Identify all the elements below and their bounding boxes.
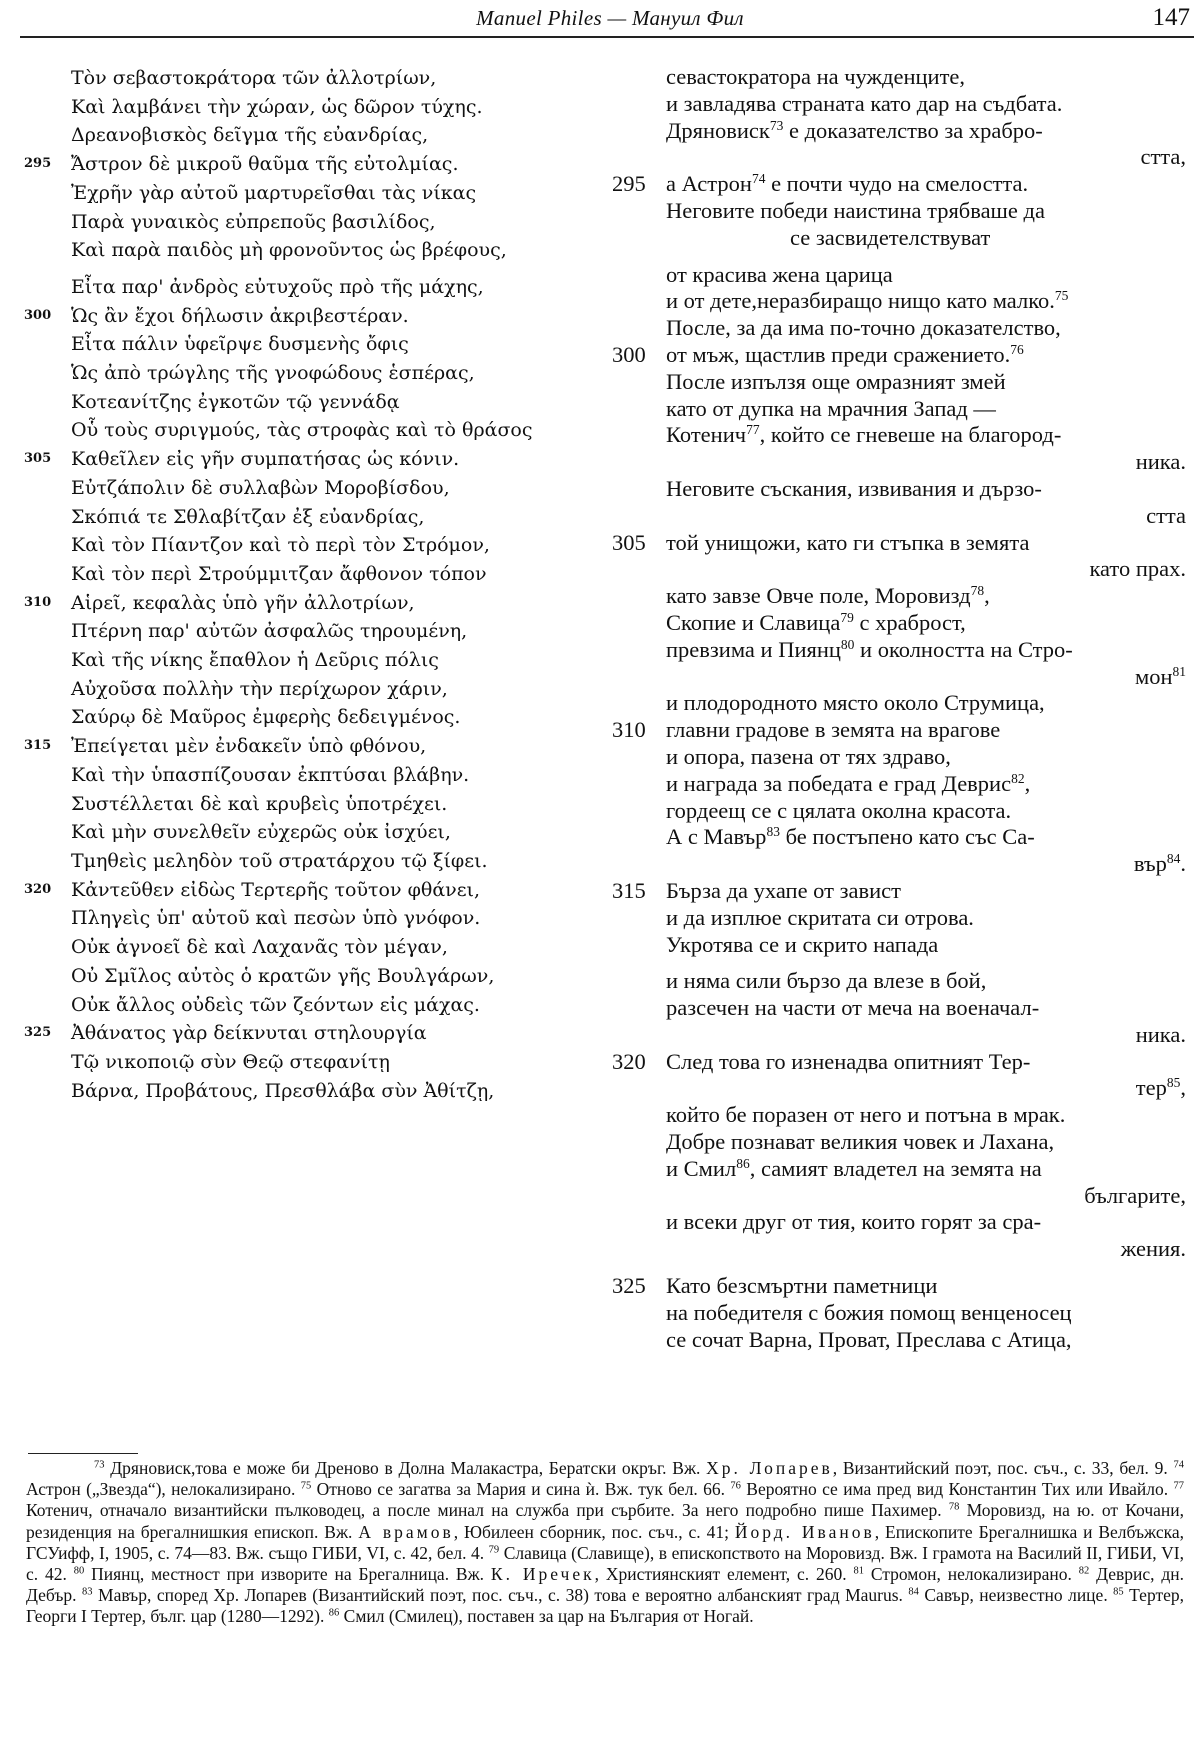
translation-verse-line: като от дупка на мрачния Запад — xyxy=(590,396,1186,423)
greek-verse-line: Καὶ παρὰ παιδὸς μὴ φρονοῦντος ὡς βρέφους… xyxy=(24,236,584,265)
verse-text: ника. xyxy=(1136,449,1186,474)
verse-continuation: жения. xyxy=(590,1236,1186,1263)
translation-verse-line: и няма сили бързо да влезе в бой, xyxy=(590,968,1186,995)
translation-verse-line: Скопие и Славица79 с храброст, xyxy=(590,610,1186,637)
verse-continuation: стта, xyxy=(590,144,1186,171)
footnote-number: 77 xyxy=(1174,1481,1185,1492)
translation-verse-line: и опора, пазена от тях здраво, xyxy=(590,744,1186,771)
greek-verse-line: 310Αἱρεῖ, κεφαλὰς ὑπὸ γῆν ἀλλοτρίων, xyxy=(24,589,584,618)
verse-text: Ὡς ἀπὸ τρώγλης τῆς γνοφώδους ἑσπέρας, xyxy=(71,362,475,384)
footnote-ref: 75 xyxy=(1055,288,1069,303)
footnote-ref: 74 xyxy=(752,171,766,186)
greek-verse-line: Βάρνα, Προβάτους, Πρεσθλάβα σὺν Ἀθίτζῃ, xyxy=(24,1077,584,1106)
translation-verse-line: Дряновиск73 е доказателство за храбро- xyxy=(590,118,1186,145)
greek-verse-line: 315Ἐπείγεται μὲν ἐνδακεῖν ὑπὸ φθόνου, xyxy=(24,732,584,761)
verse-continuation: като прах. xyxy=(590,556,1186,583)
greek-verse-line: Εἶτα παρ' ἀνδρὸς εὐτυχοῦς πρὸ τῆς μάχης, xyxy=(24,273,584,302)
translation-verse-line: и завладява страната като дар на съдбата… xyxy=(590,91,1186,118)
footnote-text: Смил (Смилец), поставен за цар на Българ… xyxy=(339,1606,753,1626)
verse-continuation: ника. xyxy=(590,1022,1186,1049)
verse-text: от красива жена царица xyxy=(666,262,893,287)
translation-verse-line: от красива жена царица xyxy=(590,262,1186,289)
translation-verse-line: се сочат Варна, Проват, Преслава с Атица… xyxy=(590,1327,1186,1354)
footnote-ref: 86 xyxy=(736,1156,750,1171)
line-number: 310 xyxy=(24,589,51,618)
footnote-number: 78 xyxy=(949,1502,960,1513)
page-number: 147 xyxy=(1153,4,1191,32)
verse-text: и Смил xyxy=(666,1156,736,1181)
verse-continuation: тер85, xyxy=(590,1075,1186,1102)
verse-text: се сочат Варна, Проват, Преслава с Атица… xyxy=(666,1327,1072,1352)
footnote-text: , Византийский поэт, пос. съч., с. 33, б… xyxy=(833,1458,1174,1478)
verse-text: Τὸν σεβαστοκράτορα τῶν ἀλλοτρίων, xyxy=(71,67,436,89)
greek-verse-line: Καὶ λαμβάνει τὴν χώραν, ὡς δῶρον τύχης. xyxy=(24,93,584,122)
translation-verse-line: А с Мавър83 бе постъпено като със Са- xyxy=(590,824,1186,851)
greek-verse-line: Καὶ τὴν ὑπασπίζουσαν ἐκπτύσαι βλάβην. xyxy=(24,761,584,790)
line-number: 305 xyxy=(24,445,51,474)
author-name: А врамов xyxy=(358,1522,453,1542)
translation-verse-line: и Смил86, самият владетел на земята на xyxy=(590,1156,1186,1183)
verse-text: и всеки друг от тия, които горят за сра- xyxy=(666,1209,1041,1234)
greek-verse-line: Οὐ Σμῖλος αὐτὸς ὁ κρατῶν γῆς Βουλγάρων, xyxy=(24,962,584,991)
verse-text: После, за да има по-точно доказателство, xyxy=(666,315,1061,340)
verse-text: който бе поразен от него и потъна в мрак… xyxy=(666,1102,1065,1127)
footnote-number: 73 xyxy=(94,1460,105,1471)
verse-text: и плодородното място около Струмица, xyxy=(666,690,1045,715)
verse-text: Ἄστρον δὲ μικροῦ θαῦμα τῆς εὐτολμίας. xyxy=(71,153,458,175)
verse-text: и от дете,неразбиращо нищо като малко. xyxy=(666,288,1055,313)
footnote-number: 84 xyxy=(908,1587,919,1598)
verse-text: Скопие и Славица xyxy=(666,610,840,635)
footnote-number: 86 xyxy=(329,1608,340,1619)
verse-text: След това го изненадва опитният Тер- xyxy=(666,1049,1030,1074)
greek-verse-line: Καὶ τῆς νίκης ἔπαθλον ἡ Δεῦρις πόλις xyxy=(24,646,584,675)
verse-text: Ἐπείγεται μὲν ἐνδακεῖν ὑπὸ φθόνου, xyxy=(71,735,426,757)
line-number: 310 xyxy=(612,717,646,744)
greek-verse-line: Ὡς ἀπὸ τρώγλης τῆς γνοφώδους ἑσπέρας, xyxy=(24,359,584,388)
verse-text: Κοτεανίτζης ἐγκοτῶν τῷ γεννάδᾳ xyxy=(71,391,400,413)
translation-verse-line: Укротява се и скрито напада xyxy=(590,932,1186,959)
verse-text: Εἶτα παρ' ἀνδρὸς εὐτυχοῦς πρὸ τῆς μάχης, xyxy=(71,276,484,298)
verse-text: Ἀθάνατος γὰρ δείκνυται στηλουργία xyxy=(71,1022,427,1044)
translation-verse-line: който бе поразен от него и потъна в мрак… xyxy=(590,1102,1186,1129)
footnotes: 73 Дряновиск,това е може би Дреново в До… xyxy=(26,1458,1184,1628)
line-number: 315 xyxy=(612,878,646,905)
greek-verse-line: Πτέρνη παρ' αὐτῶν ἀσφαλῶς τηρουμένη, xyxy=(24,617,584,646)
greek-verse-line: 300Ὡς ἂν ἔχοι δήλωσιν ἀκριβεστέραν. xyxy=(24,302,584,331)
verse-text: с храброст, xyxy=(854,610,966,635)
greek-verse-line: 295Ἄστρον δὲ μικροῦ θαῦμα τῆς εὐτολμίας. xyxy=(24,150,584,179)
verse-text: , самият владетел на земята на xyxy=(750,1156,1042,1181)
translation-verse-line: 295а Астрон74 е почти чудо на смелостта. xyxy=(590,171,1186,198)
translation-verse-line: 325Като безсмъртни паметници xyxy=(590,1273,1186,1300)
verse-text: той унищожи, като ги стъпка в земята xyxy=(666,530,1029,555)
footnote-ref: 78 xyxy=(971,583,985,598)
footnote-text: Вероятно се има пред вид Константин Тих … xyxy=(741,1479,1174,1499)
translation-verse-line: 315Бърза да ухапе от завист xyxy=(590,878,1186,905)
verse-text: Βάρνα, Προβάτους, Πρεσθλάβα σὺν Ἀθίτζῃ, xyxy=(71,1080,494,1102)
stanza-gap xyxy=(590,1263,1186,1273)
verse-text: ника. xyxy=(1136,1022,1186,1047)
greek-verse-line: 305Καθεῖλεν εἰς γῆν συμπατήσας ὡς κόνιν. xyxy=(24,445,584,474)
author-name: Хр. Лопарев xyxy=(706,1458,833,1478)
footnote-text: , Християнският елемент, с. 260. xyxy=(595,1564,854,1584)
verse-text: Неговите съскания, извивания и дързо- xyxy=(666,476,1042,501)
footnote-text: Астрон („Звезда“), нелокализирано. xyxy=(26,1479,301,1499)
verse-text: Οὐκ ἀγνοεῖ δὲ καὶ Λαχανᾶς τὸν μέγαν, xyxy=(71,936,448,958)
footnote-number: 79 xyxy=(489,1545,500,1556)
greek-verse-line: Σαύρῳ δὲ Μαῦρος ἐμφερὴς δεδειγμένος. xyxy=(24,703,584,732)
verse-text: е почти чудо на смелостта. xyxy=(765,171,1028,196)
author-name: Йорд. Иванов xyxy=(735,1522,875,1542)
verse-text: Καθεῖλεν εἰς γῆν συμπατήσας ὡς κόνιν. xyxy=(71,448,459,470)
greek-verse-line: Συστέλλεται δὲ καὶ κρυβεὶς ὑποτρέχει. xyxy=(24,790,584,819)
verse-text: от мъж, щастлив преди сражението. xyxy=(666,342,1010,367)
verse-text: гордеещ се с цялата околна красота. xyxy=(666,798,1011,823)
translation-verse-line: После, за да има по-точно доказателство, xyxy=(590,315,1186,342)
stanza-gap xyxy=(590,252,1186,262)
verse-text: тер xyxy=(1136,1075,1167,1100)
verse-text: и да изплюе скритата си отрова. xyxy=(666,905,974,930)
footnote-text: , Юбилеен сборник, пос. съч., с. 41; xyxy=(454,1522,735,1542)
verse-text: Добре познават великия човек и Лахана, xyxy=(666,1129,1054,1154)
verse-text: , xyxy=(1025,771,1031,796)
translation-verse-line: гордеещ се с цялата околна красота. xyxy=(590,798,1186,825)
verse-text: бе постъпено като със Са- xyxy=(780,824,1035,849)
greek-verse-line: Τῷ νικοποιῷ σὺν Θεῷ στεφανίτῃ xyxy=(24,1048,584,1077)
verse-text: Οὗ τοὺς συριγμούς, τὰς στροφὰς καὶ τὸ θρ… xyxy=(71,419,533,441)
translation-verse-line: и плодородното място около Струмица, xyxy=(590,690,1186,717)
verse-text: севастократора на чужденците, xyxy=(666,64,965,89)
verse-text: Бърза да ухапе от завист xyxy=(666,878,901,903)
verse-continuation: вър84. xyxy=(590,851,1186,878)
verse-text: Τμηθεὶς μεληδὸν τοῦ στρατάρχου τῷ ξίφει. xyxy=(71,850,488,872)
footnote-number: 74 xyxy=(1174,1460,1185,1471)
greek-verse-line: Καὶ μὴν συνελθεῖν εὐχερῶς οὐκ ἰσχύει, xyxy=(24,818,584,847)
greek-verse-line: 325Ἀθάνατος γὰρ δείκνυται στηλουργία xyxy=(24,1019,584,1048)
verse-continuation: ника. xyxy=(590,449,1186,476)
greek-verse-line: Καὶ τὸν περὶ Στρούμμιτζαν ἄφθονον τόπον xyxy=(24,560,584,589)
verse-text: а Астрон xyxy=(666,171,752,196)
running-title: Manuel Philes — Мануил Фил xyxy=(20,6,1200,31)
translation-verse-line: като завзе Овче поле, Моровизд78, xyxy=(590,583,1186,610)
verse-text: се засвидетелствуват xyxy=(790,225,990,250)
verse-text: на победителя с божия помощ венценосец xyxy=(666,1300,1072,1325)
footnote-paragraph: 73 Дряновиск,това е може би Дреново в До… xyxy=(26,1458,1184,1628)
translation-verse-line: Котенич77, който се гневеше на благород- xyxy=(590,422,1186,449)
footnote-ref: 84 xyxy=(1167,851,1181,866)
footnote-text: Стромон, нелокализирано. xyxy=(864,1564,1079,1584)
verse-text: После изпълзя още омразният змей xyxy=(666,369,1006,394)
verse-text: главни градове в земята на врагове xyxy=(666,717,1000,742)
verse-text: Δρεανοβισκὸς δεῖγμα τῆς εὐανδρίας, xyxy=(71,124,428,146)
footnote-text: Котенич, отначало византийски пълководец… xyxy=(26,1500,949,1520)
footnote-number: 81 xyxy=(853,1566,864,1577)
verse-text: Καὶ μὴν συνελθεῖν εὐχερῶς οὐκ ἰσχύει, xyxy=(71,821,451,843)
verse-text: Καὶ λαμβάνει τὴν χώραν, ὡς δῶρον τύχης. xyxy=(71,96,483,118)
greek-verse-line: Οὗ τοὺς συριγμούς, τὰς στροφὰς καὶ τὸ θρ… xyxy=(24,416,584,445)
translation-verse-line: и награда за победата е град Деврис82, xyxy=(590,771,1186,798)
verse-text: Като безсмъртни паметници xyxy=(666,1273,937,1298)
verse-text: и награда за победата е град Деврис xyxy=(666,771,1011,796)
verse-text: Πληγεὶς ὑπ' αὐτοῦ καὶ πεσὼν ὑπὸ γνόφον. xyxy=(71,907,480,929)
footnote-ref: 83 xyxy=(766,824,780,839)
line-number: 305 xyxy=(612,530,646,557)
translation-verse-line: и всеки друг от тия, които горят за сра- xyxy=(590,1209,1186,1236)
verse-text: Ἐχρῆν γὰρ αὐτοῦ μαρτυρεῖσθαι τὰς νίκας xyxy=(71,182,476,204)
verse-text: Κἀντεῦθεν εἰδὼς Τερτερῆς τοῦτον φθάνει, xyxy=(71,879,480,901)
line-number: 295 xyxy=(24,150,51,179)
footnote-ref: 80 xyxy=(841,637,855,652)
greek-verse-line: Αὐχοῦσα πολλὴν τὴν περίχωρον χάριν, xyxy=(24,675,584,704)
verse-text: като завзе Овче поле, Моровизд xyxy=(666,583,971,608)
footnote-number: 76 xyxy=(730,1481,741,1492)
verse-text: стта xyxy=(1146,503,1186,528)
greek-verse-line: Δρεανοβισκὸς δεῖγμα τῆς εὐανδρίας, xyxy=(24,121,584,150)
verse-text: , xyxy=(984,583,990,608)
verse-text: Σκόπιά τε Σθλαβίτζαν ἐξ εὐανδρίας, xyxy=(71,506,424,528)
verse-text: Αὐχοῦσα πολλὴν τὴν περίχωρον χάριν, xyxy=(71,678,448,700)
verse-text: Котенич xyxy=(666,422,746,447)
footnote-ref: 82 xyxy=(1011,771,1025,786)
line-number: 320 xyxy=(24,876,51,905)
greek-verse-line: Τμηθεὶς μεληδὸν τοῦ στρατάρχου τῷ ξίφει. xyxy=(24,847,584,876)
verse-text: Καὶ τὸν Πίαντζον καὶ τὸ περὶ τὸν Στρόμον… xyxy=(71,534,490,556)
verse-continuation: се засвидетелствуват xyxy=(590,225,1186,252)
verse-text: Πτέρνη παρ' αὐτῶν ἀσφαλῶς τηρουμένη, xyxy=(71,620,467,642)
verse-text: и околността на Стро- xyxy=(854,637,1072,662)
verse-text: стта, xyxy=(1140,144,1186,169)
verse-text: и опора, пазена от тях здраво, xyxy=(666,744,951,769)
verse-text: Укротява се и скрито напада xyxy=(666,932,938,957)
footnote-text: Мавър, според Хр. Лопарев (Византийский … xyxy=(93,1585,909,1605)
footnote-separator xyxy=(28,1453,138,1454)
verse-text: е доказателство за храбро- xyxy=(783,118,1042,143)
translation-verse-line: и от дете,неразбиращо нищо като малко.75 xyxy=(590,288,1186,315)
verse-text: и няма сили бързо да влезе в бой, xyxy=(666,968,986,993)
greek-verse-line: Σκόπιά τε Σθλαβίτζαν ἐξ εὐανδρίας, xyxy=(24,503,584,532)
verse-text: Τῷ νικοποιῷ σὺν Θεῷ στεφανίτῃ xyxy=(71,1051,390,1073)
greek-verse-line: Τὸν σεβαστοκράτορα τῶν ἀλλοτρίων, xyxy=(24,64,584,93)
footnote-text: Дряновиск,това е може би Дреново в Долна… xyxy=(105,1458,707,1478)
greek-verse-line: Παρὰ γυναικὸς εὐπρεποῦς βασιλίδος, xyxy=(24,208,584,237)
line-number: 300 xyxy=(24,302,51,331)
greek-verse-line: Καὶ τὸν Πίαντζον καὶ τὸ περὶ τὸν Στρόμον… xyxy=(24,531,584,560)
footnote-ref: 73 xyxy=(770,118,784,133)
translation-verse-line: на победителя с божия помощ венценосец xyxy=(590,1300,1186,1327)
greek-verse-line: Ἐχρῆν γὰρ αὐτοῦ μαρτυρεῖσθαι τὰς νίκας xyxy=(24,179,584,208)
translation-verse-line: Добре познават великия човек и Лахана, xyxy=(590,1129,1186,1156)
verse-text: Καὶ τὸν περὶ Στρούμμιτζαν ἄφθονον τόπον xyxy=(71,563,487,585)
verse-text: като прах. xyxy=(1089,556,1186,581)
verse-text: Παρὰ γυναικὸς εὐπρεποῦς βασιλίδος, xyxy=(71,211,436,233)
translation-verse-line: Неговите победи наистина трябваше да xyxy=(590,198,1186,225)
verse-text: А с Мавър xyxy=(666,824,766,849)
footnote-number: 75 xyxy=(301,1481,312,1492)
footnote-text: Отново се загатва за Мария и сина ѝ. Вж.… xyxy=(311,1479,730,1499)
footnote-ref: 77 xyxy=(746,422,760,437)
verse-text: Дряновиск xyxy=(666,118,770,143)
verse-text: Εὐτζάπολιν δὲ συλλαβὼν Μοροβίσδου, xyxy=(71,477,450,499)
footnote-ref: 81 xyxy=(1173,663,1187,678)
line-number: 320 xyxy=(612,1049,646,1076)
greek-text-column: Τὸν σεβαστοκράτορα τῶν ἀλλοτρίων,Καὶ λαμ… xyxy=(24,64,584,1105)
translation-verse-line: 320След това го изненадва опитният Тер- xyxy=(590,1049,1186,1076)
verse-continuation: мон81 xyxy=(590,664,1186,691)
page-header: Manuel Philes — Мануил Фил 147 xyxy=(20,0,1200,40)
verse-text: българите, xyxy=(1084,1183,1186,1208)
verse-text: Οὐκ ἄλλος οὐδεὶς τῶν ζεόντων εἰς μάχας. xyxy=(71,994,480,1016)
verse-text: мон xyxy=(1135,664,1173,689)
verse-text: превзима и Пиянц xyxy=(666,637,841,662)
verse-text: Καὶ τῆς νίκης ἔπαθλον ἡ Δεῦρις πόλις xyxy=(71,649,439,671)
verse-text: Неговите победи наистина трябваше да xyxy=(666,198,1045,223)
footnote-number: 85 xyxy=(1113,1587,1124,1598)
verse-text: Καὶ παρὰ παιδὸς μὴ φρονοῦντος ὡς βρέφους… xyxy=(71,239,507,261)
line-number: 295 xyxy=(612,171,646,198)
line-number: 325 xyxy=(612,1273,646,1300)
verse-text: Οὐ Σμῖλος αὐτὸς ὁ κρατῶν γῆς Βουλγάρων, xyxy=(71,965,494,987)
verse-text: като от дупка на мрачния Запад — xyxy=(666,396,996,421)
translation-verse-line: После изпълзя още омразният змей xyxy=(590,369,1186,396)
footnote-number: 83 xyxy=(82,1587,93,1598)
greek-verse-line: Οὐκ ἄλλος οὐδεὶς τῶν ζεόντων εἰς μάχας. xyxy=(24,991,584,1020)
translation-verse-line: 310главни градове в земята на врагове xyxy=(590,717,1186,744)
verse-text: , който се гневеше на благород- xyxy=(760,422,1062,447)
translation-verse-line: 305той унищожи, като ги стъпка в земята xyxy=(590,530,1186,557)
footnote-number: 82 xyxy=(1079,1566,1090,1577)
greek-verse-line: Πληγεὶς ὑπ' αὐτοῦ καὶ πεσὼν ὑπὸ γνόφον. xyxy=(24,904,584,933)
verse-continuation: българите, xyxy=(590,1183,1186,1210)
verse-text: Καὶ τὴν ὑπασπίζουσαν ἐκπτύσαι βλάβην. xyxy=(71,764,469,786)
verse-continuation: стта xyxy=(590,503,1186,530)
greek-verse-line: Εὐτζάπολιν δὲ συλλαβὼν Μοροβίσδου, xyxy=(24,474,584,503)
translation-verse-line: превзима и Пиянц80 и околността на Стро- xyxy=(590,637,1186,664)
verse-text: Σαύρῳ δὲ Μαῦρος ἐμφερὴς δεδειγμένος. xyxy=(71,706,460,728)
verse-text: , xyxy=(1180,1075,1186,1100)
line-number: 300 xyxy=(612,342,646,369)
stanza-gap xyxy=(24,265,584,273)
footnote-ref: 76 xyxy=(1010,342,1024,357)
translation-verse-line: Неговите съскания, извивания и дързо- xyxy=(590,476,1186,503)
footnote-ref: 79 xyxy=(840,610,854,625)
translation-verse-line: разсечен на части от меча на военачал- xyxy=(590,995,1186,1022)
verse-text: Ὡς ἂν ἔχοι δήλωσιν ἀκριβεστέραν. xyxy=(71,305,409,327)
line-number: 325 xyxy=(24,1019,51,1048)
verse-text: жения. xyxy=(1121,1236,1186,1261)
footnote-text: Пиянц, местност при изворите на Брегални… xyxy=(84,1564,491,1584)
verse-text: и завладява страната като дар на съдбата… xyxy=(666,91,1062,116)
verse-text: . xyxy=(1180,851,1186,876)
footnote-ref: 85 xyxy=(1167,1075,1181,1090)
line-number: 315 xyxy=(24,732,51,761)
bulgarian-translation-column: севастократора на чужденците,и завладява… xyxy=(590,64,1186,1353)
verse-text: вър xyxy=(1134,851,1167,876)
greek-verse-line: Εἶτα πάλιν ὑφεῖρψε δυσμενὴς ὄφις xyxy=(24,330,584,359)
verse-text: Αἱρεῖ, κεφαλὰς ὑπὸ γῆν ἀλλοτρίων, xyxy=(71,592,415,614)
greek-verse-line: Οὐκ ἀγνοεῖ δὲ καὶ Λαχανᾶς τὸν μέγαν, xyxy=(24,933,584,962)
translation-verse-line: 300от мъж, щастлив преди сражението.76 xyxy=(590,342,1186,369)
footnote-number: 80 xyxy=(74,1566,85,1577)
translation-verse-line: севастократора на чужденците, xyxy=(590,64,1186,91)
greek-verse-line: Κοτεανίτζης ἐγκοτῶν τῷ γεννάδᾳ xyxy=(24,388,584,417)
footnote-text: Савър, неизвестно лице. xyxy=(919,1585,1113,1605)
verse-text: Εἶτα πάλιν ὑφεῖρψε δυσμενὴς ὄφις xyxy=(71,333,409,355)
verse-text: разсечен на части от меча на военачал- xyxy=(666,995,1039,1020)
verse-text: Συστέλλεται δὲ καὶ κρυβεὶς ὑποτρέχει. xyxy=(71,793,447,815)
header-rule xyxy=(20,36,1194,38)
author-name: К. Иречек xyxy=(491,1564,595,1584)
greek-verse-line: 320Κἀντεῦθεν εἰδὼς Τερτερῆς τοῦτον φθάνε… xyxy=(24,876,584,905)
translation-verse-line: и да изплюе скритата си отрова. xyxy=(590,905,1186,932)
stanza-gap xyxy=(590,958,1186,968)
